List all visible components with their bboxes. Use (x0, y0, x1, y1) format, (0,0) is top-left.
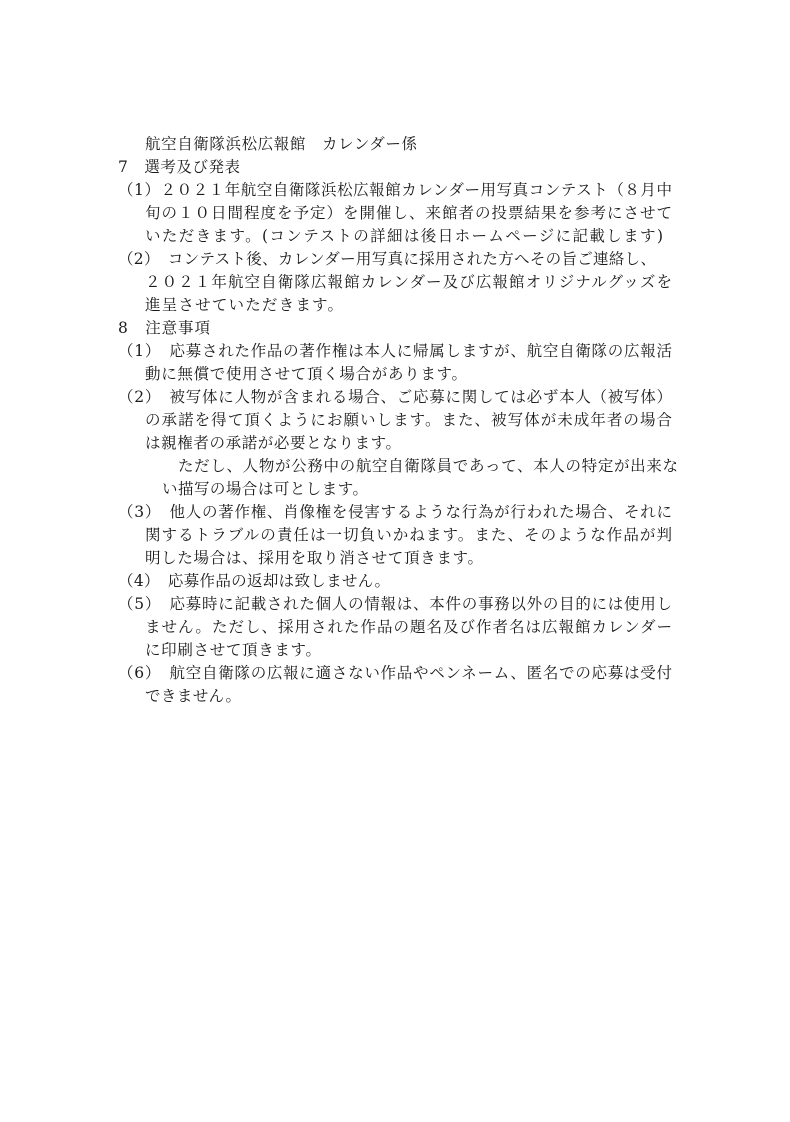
text-line: （4） 応募作品の返却は致しません。 (118, 571, 390, 591)
text-line: いただきます。(コンテストの詳細は後日ホームページに記載します) (145, 226, 664, 246)
text-line: （2） コンテスト後、カレンダー用写真に採用された方へその旨ご連絡し、 (118, 249, 656, 269)
text-line: ただし、人物が公務中の航空自衛隊員であって、本人の特定が出来な (178, 456, 679, 476)
text-line: い描写の場合は可とします。 (162, 479, 368, 499)
text-line: 航空自衛隊浜松広報館 カレンダー係 (145, 134, 418, 154)
text-line: （1） 応募された作品の著作権は本人に帰属しますが、航空自衛隊の広報活 (118, 341, 673, 361)
text-line: （6） 航空自衛隊の広報に適さない作品やペンネーム、匿名での応募は受付 (118, 663, 673, 683)
text-line: 旬の１０日間程度を予定）を開催し、来館者の投票結果を参考にさせて (145, 203, 673, 223)
text-line: 進呈させていただきます。 (145, 295, 344, 315)
text-line: ません。ただし、採用された作品の題名及び作者名は広報館カレンダー (145, 617, 673, 637)
text-line: 7 選考及び発表 (118, 157, 241, 177)
text-line: ２０２１年航空自衛隊広報館カレンダー及び広報館オリジナルグッズを (145, 272, 673, 292)
text-line: （5） 応募時に記載された個人の情報は、本件の事務以外の目的には使用し (118, 594, 673, 614)
text-line: は親権者の承諾が必要となります。 (145, 433, 402, 453)
text-line: 動に無償で使用させて頂く場合があります。 (145, 364, 468, 384)
text-line: 関するトラブルの責任は一切負いかねます。また、そのような作品が判 (145, 525, 673, 545)
text-line: （1）２０２１年航空自衛隊浜松広報館カレンダー用写真コンテスト（８月中 (118, 180, 673, 200)
text-line: 明した場合は、採用を取り消させて頂きます。 (145, 548, 484, 568)
text-line: できません。 (145, 686, 241, 706)
text-line: に印刷させて頂きます。 (145, 640, 322, 660)
text-line: の承諾を得て頂くようにお願いします。また、被写体が未成年者の場合 (145, 410, 673, 430)
text-line: （3） 他人の著作権、肖像権を侵害するような行為が行われた場合、それに (118, 502, 673, 522)
text-line: 8 注意事項 (118, 318, 211, 338)
text-line: （2） 被写体に人物が含まれる場合、ご応募に関しては必ず本人（被写体） (118, 387, 673, 407)
